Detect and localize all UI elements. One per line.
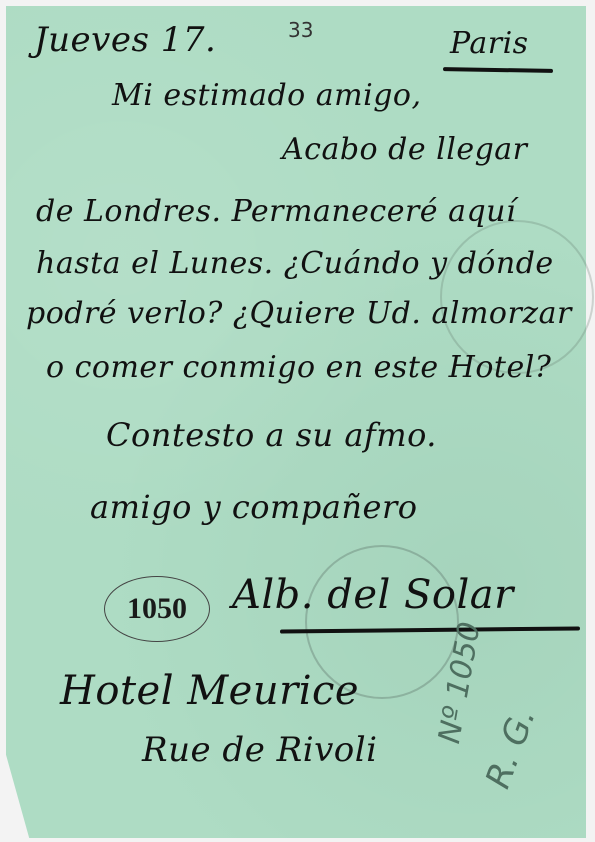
body-line-1: Acabo de llegar	[282, 132, 528, 167]
closing-line-1: Contesto a su afmo.	[106, 416, 437, 454]
address-line-2: Rue de Rivoli	[142, 730, 378, 770]
stamp-number: 1050	[127, 592, 187, 626]
letter-date: Jueves 17.	[34, 20, 216, 60]
page-number: 33	[288, 18, 313, 42]
salutation: Mi estimado amigo,	[112, 78, 422, 113]
closing-line-2: amigo y compañero	[90, 488, 418, 526]
body-line-4: podré verlo? ¿Quiere Ud. almorzar	[26, 296, 572, 331]
address-line-1: Hotel Meurice	[60, 668, 359, 714]
body-line-5: o comer conmigo en este Hotel?	[46, 350, 551, 385]
body-line-2: de Londres. Permaneceré aquí	[36, 194, 516, 229]
oval-number-stamp: 1050	[104, 576, 210, 642]
letter-place: Paris	[450, 26, 529, 61]
signature: Alb. del Solar	[232, 572, 514, 618]
body-line-3: hasta el Lunes. ¿Cuándo y dónde	[36, 246, 554, 281]
